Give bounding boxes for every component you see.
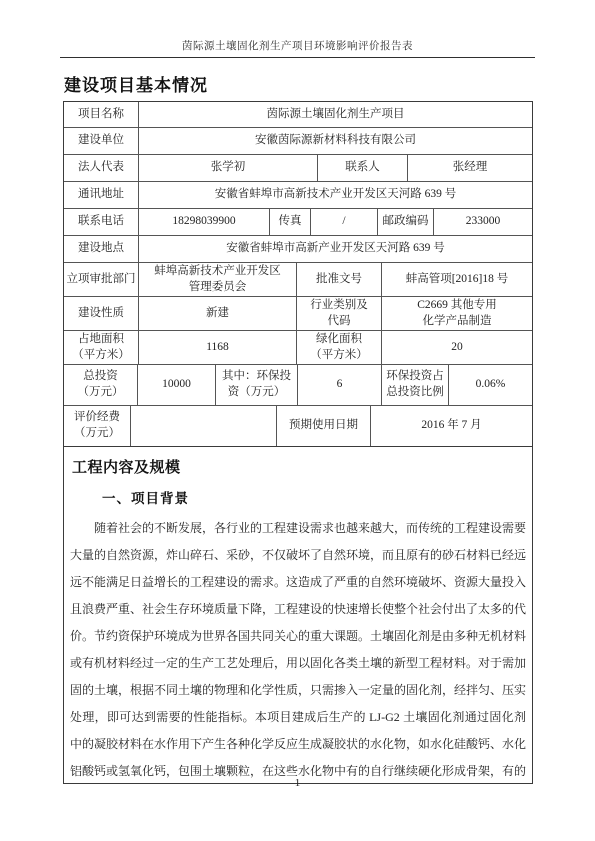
env-ratio-value: 0.06% [449, 365, 532, 405]
total-investment-label: 总投资 （万元） [64, 365, 138, 405]
approval-dept-value: 蚌埠高新技术产业开发区 管理委员会 [139, 263, 297, 296]
land-area-value: 1168 [139, 331, 297, 364]
eval-fee-value [131, 406, 277, 446]
section1-title: 建设项目基本情况 [64, 71, 595, 96]
construction-site-label: 建设地点 [64, 236, 139, 262]
fax-value: / [311, 209, 378, 235]
table-row-land-area: 占地面积 （平方米） 1168 绿化面积 （平方米） 20 [64, 331, 532, 365]
document-page: 茵际源土壤固化剂生产项目环境影响评价报告表 建设项目基本情况 项目名称 茵际源土… [0, 0, 595, 841]
construction-site-value: 安徽省蚌埠市高新产业开发区天河路 639 号 [139, 236, 532, 262]
legal-rep-label: 法人代表 [64, 155, 139, 181]
table-row-construction-site: 建设地点 安徽省蚌埠市高新产业开发区天河路 639 号 [64, 236, 532, 263]
mailing-address-value: 安徽省蚌埠市高新技术产业开发区天河路 639 号 [139, 182, 532, 208]
section2-title: 工程内容及规模 [72, 456, 526, 477]
env-investment-value: 6 [298, 365, 382, 405]
fax-label: 传真 [270, 209, 311, 235]
industry-code-value: C2669 其他专用 化学产品制造 [382, 297, 532, 330]
section2-subtitle: 一、项目背景 [102, 487, 526, 507]
basic-info-table: 项目名称 茵际源土壤固化剂生产项目 建设单位 安徽茵际源新材料科技有限公司 法人… [63, 101, 533, 447]
running-head: 茵际源土壤固化剂生产项目环境影响评价报告表 [60, 0, 535, 53]
project-content-section: 工程内容及规模 一、项目背景 随着社会的不断发展，各行业的工程建设需求也越来越大… [63, 446, 533, 784]
page-number: 1 [0, 777, 595, 789]
table-row-construction-unit: 建设单位 安徽茵际源新材料科技有限公司 [64, 128, 532, 155]
header-rule [60, 57, 535, 58]
project-background-paragraph: 随着社会的不断发展，各行业的工程建设需求也越来越大，而传统的工程建设需要大量的自… [70, 515, 526, 784]
expected-date-value: 2016 年 7 月 [371, 406, 532, 446]
project-name-value: 茵际源土壤固化剂生产项目 [139, 102, 532, 127]
table-row-phone: 联系电话 18298039900 传真 / 邮政编码 233000 [64, 209, 532, 236]
table-row-approval-dept: 立项审批部门 蚌埠高新技术产业开发区 管理委员会 批准文号 蚌高管项[2016]… [64, 263, 532, 297]
table-row-investment: 总投资 （万元） 10000 其中：环保投 资（万元） 6 环保投资占 总投资比… [64, 365, 532, 406]
construction-unit-label: 建设单位 [64, 128, 139, 154]
eval-fee-label: 评价经费 （万元） [64, 406, 131, 446]
contact-person-label: 联系人 [318, 155, 408, 181]
env-investment-label: 其中：环保投 资（万元） [216, 365, 298, 405]
phone-value: 18298039900 [139, 209, 270, 235]
green-area-value: 20 [382, 331, 532, 364]
nature-label: 建设性质 [64, 297, 139, 330]
postcode-value: 233000 [434, 209, 532, 235]
land-area-label: 占地面积 （平方米） [64, 331, 139, 364]
industry-code-label: 行业类别及 代码 [297, 297, 382, 330]
approval-doc-label: 批准文号 [297, 263, 382, 296]
green-area-label: 绿化面积 （平方米） [297, 331, 382, 364]
contact-person-value: 张经理 [408, 155, 532, 181]
legal-rep-value: 张学初 [139, 155, 318, 181]
total-investment-value: 10000 [138, 365, 216, 405]
approval-dept-label: 立项审批部门 [64, 263, 139, 296]
nature-value: 新建 [139, 297, 297, 330]
approval-doc-value: 蚌高管项[2016]18 号 [382, 263, 532, 296]
table-row-project-name: 项目名称 茵际源土壤固化剂生产项目 [64, 102, 532, 128]
mailing-address-label: 通讯地址 [64, 182, 139, 208]
project-name-label: 项目名称 [64, 102, 139, 127]
table-row-mailing-address: 通讯地址 安徽省蚌埠市高新技术产业开发区天河路 639 号 [64, 182, 532, 209]
construction-unit-value: 安徽茵际源新材料科技有限公司 [139, 128, 532, 154]
env-ratio-label: 环保投资占 总投资比例 [382, 365, 449, 405]
postcode-label: 邮政编码 [378, 209, 434, 235]
table-row-legal-rep: 法人代表 张学初 联系人 张经理 [64, 155, 532, 182]
table-row-eval-fee: 评价经费 （万元） 预期使用日期 2016 年 7 月 [64, 406, 532, 446]
table-row-nature: 建设性质 新建 行业类别及 代码 C2669 其他专用 化学产品制造 [64, 297, 532, 331]
expected-date-label: 预期使用日期 [277, 406, 371, 446]
phone-label: 联系电话 [64, 209, 139, 235]
